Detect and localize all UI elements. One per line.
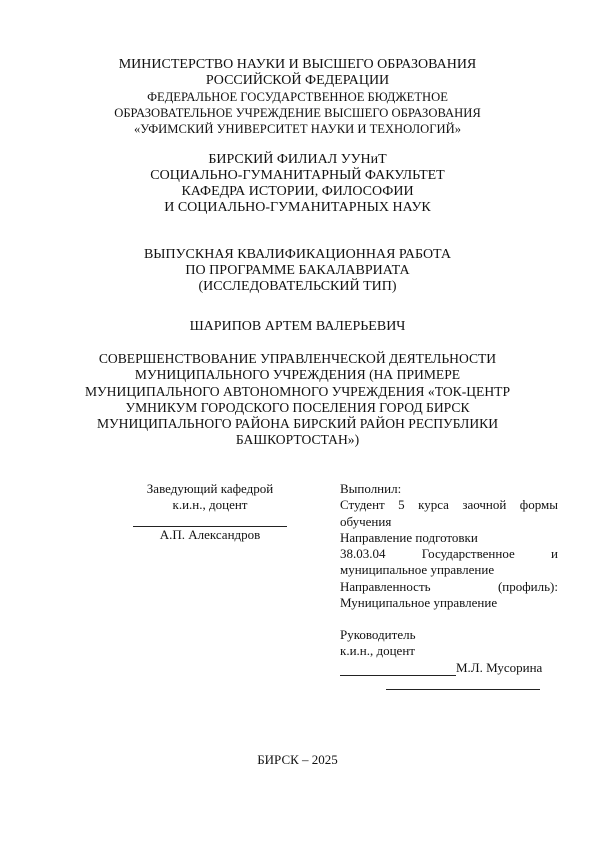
direction-line-2: муниципальное управление xyxy=(340,562,558,578)
work-type-line: ВЫПУСКНАЯ КВАЛИФИКАЦИОННАЯ РАБОТА xyxy=(0,247,595,263)
performer-label: Выполнил: xyxy=(340,481,558,497)
supervisor-degree: к.и.н., доцент xyxy=(340,643,570,659)
student-word: курса xyxy=(418,497,449,513)
direction-code: 38.03.04 xyxy=(340,546,386,562)
university-line: «УФИМСКИЙ УНИВЕРСИТЕТ НАУКИ И ТЕХНОЛОГИЙ… xyxy=(0,121,595,137)
faculty-line: СОЦИАЛЬНО-ГУМАНИТАРНЫЙ ФАКУЛЬТЕТ xyxy=(0,168,595,184)
profile-label-line: Направленность (профиль): xyxy=(340,579,558,595)
student-course-line-2: обучения xyxy=(340,514,558,530)
work-type-line: (ИССЛЕДОВАТЕЛЬСКИЙ ТИП) xyxy=(0,279,595,295)
student-word: формы xyxy=(520,497,558,513)
author-name: ШАРИПОВ АРТЕМ ВАЛЕРЬЕВИЧ xyxy=(0,319,595,335)
supervisor-signature-line xyxy=(340,663,456,676)
head-degree: к.и.н., доцент xyxy=(120,497,300,513)
branch-faculty-department: БИРСКИЙ ФИЛИАЛ УУНиТ СОЦИАЛЬНО-ГУМАНИТАР… xyxy=(0,152,595,216)
work-type: ВЫПУСКНАЯ КВАЛИФИКАЦИОННАЯ РАБОТА ПО ПРО… xyxy=(0,247,595,295)
direction-label: Направление подготовки xyxy=(340,530,558,546)
direction-word: Государственное xyxy=(422,546,515,562)
ministry-line: РОССИЙСКОЙ ФЕДЕРАЦИИ xyxy=(0,73,595,89)
author-name-text: ШАРИПОВ АРТЕМ ВАЛЕРЬЕВИЧ xyxy=(0,319,595,335)
student-word: Студент xyxy=(340,497,385,513)
university-line: ОБРАЗОВАТЕЛЬНОЕ УЧРЕЖДЕНИЕ ВЫСШЕГО ОБРАЗ… xyxy=(0,105,595,121)
performer-block: Выполнил: Студент 5 курса заочной формы … xyxy=(340,481,558,611)
city-year: БИРСК – 2025 xyxy=(0,752,595,768)
thesis-title: СОВЕРШЕНСТВОВАНИЕ УПРАВЛЕНЧЕСКОЙ ДЕЯТЕЛЬ… xyxy=(0,351,595,449)
head-position: Заведующий кафедрой xyxy=(120,481,300,497)
university-line: ФЕДЕРАЛЬНОЕ ГОСУДАРСТВЕННОЕ БЮДЖЕТНОЕ xyxy=(0,89,595,105)
city-year-footer: БИРСК – 2025 xyxy=(0,752,595,768)
supervisor-signature-row: М.Л. Мусорина xyxy=(340,660,570,676)
head-name: А.П. Александров xyxy=(120,527,300,543)
title-page: МИНИСТЕРСТВО НАУКИ И ВЫСШЕГО ОБРАЗОВАНИЯ… xyxy=(0,0,595,841)
department-line: КАФЕДРА ИСТОРИИ, ФИЛОСОФИИ xyxy=(0,184,595,200)
profile-value: Муниципальное управление xyxy=(340,595,558,611)
thesis-title-line: МУНИЦИПАЛЬНОГО АВТОНОМНОГО УЧРЕЖДЕНИЯ «Т… xyxy=(0,384,595,400)
thesis-title-line: УМНИКУМ ГОРОДСКОГО ПОСЕЛЕНИЯ ГОРОД БИРСК xyxy=(0,400,595,416)
supervisor-block: Руководитель к.и.н., доцент М.Л. Мусорин… xyxy=(340,627,570,676)
head-of-department-block: Заведующий кафедрой к.и.н., доцент А.П. … xyxy=(120,481,300,543)
ministry-header: МИНИСТЕРСТВО НАУКИ И ВЫСШЕГО ОБРАЗОВАНИЯ… xyxy=(0,57,595,137)
student-word: заочной xyxy=(462,497,506,513)
supervisor-label: Руководитель xyxy=(340,627,570,643)
thesis-title-line: МУНИЦИПАЛЬНОГО РАЙОНА БИРСКИЙ РАЙОН РЕСП… xyxy=(0,416,595,432)
student-course-line: Студент 5 курса заочной формы xyxy=(340,497,558,513)
supervisor-date-line xyxy=(386,689,540,690)
thesis-title-line: МУНИЦИПАЛЬНОГО УЧРЕЖДЕНИЯ (НА ПРИМЕРЕ xyxy=(0,367,595,383)
department-line: И СОЦИАЛЬНО-ГУМАНИТАРНЫХ НАУК xyxy=(0,200,595,216)
profile-word: Направленность xyxy=(340,579,431,595)
profile-word: (профиль): xyxy=(498,579,558,595)
direction-word: и xyxy=(551,546,558,562)
work-type-line: ПО ПРОГРАММЕ БАКАЛАВРИАТА xyxy=(0,263,595,279)
student-word: 5 xyxy=(398,497,405,513)
direction-line: 38.03.04 Государственное и xyxy=(340,546,558,562)
thesis-title-line: БАШКОРТОСТАН») xyxy=(0,432,595,448)
ministry-line: МИНИСТЕРСТВО НАУКИ И ВЫСШЕГО ОБРАЗОВАНИЯ xyxy=(0,57,595,73)
supervisor-name: М.Л. Мусорина xyxy=(456,660,542,676)
thesis-title-line: СОВЕРШЕНСТВОВАНИЕ УПРАВЛЕНЧЕСКОЙ ДЕЯТЕЛЬ… xyxy=(0,351,595,367)
branch-line: БИРСКИЙ ФИЛИАЛ УУНиТ xyxy=(0,152,595,168)
